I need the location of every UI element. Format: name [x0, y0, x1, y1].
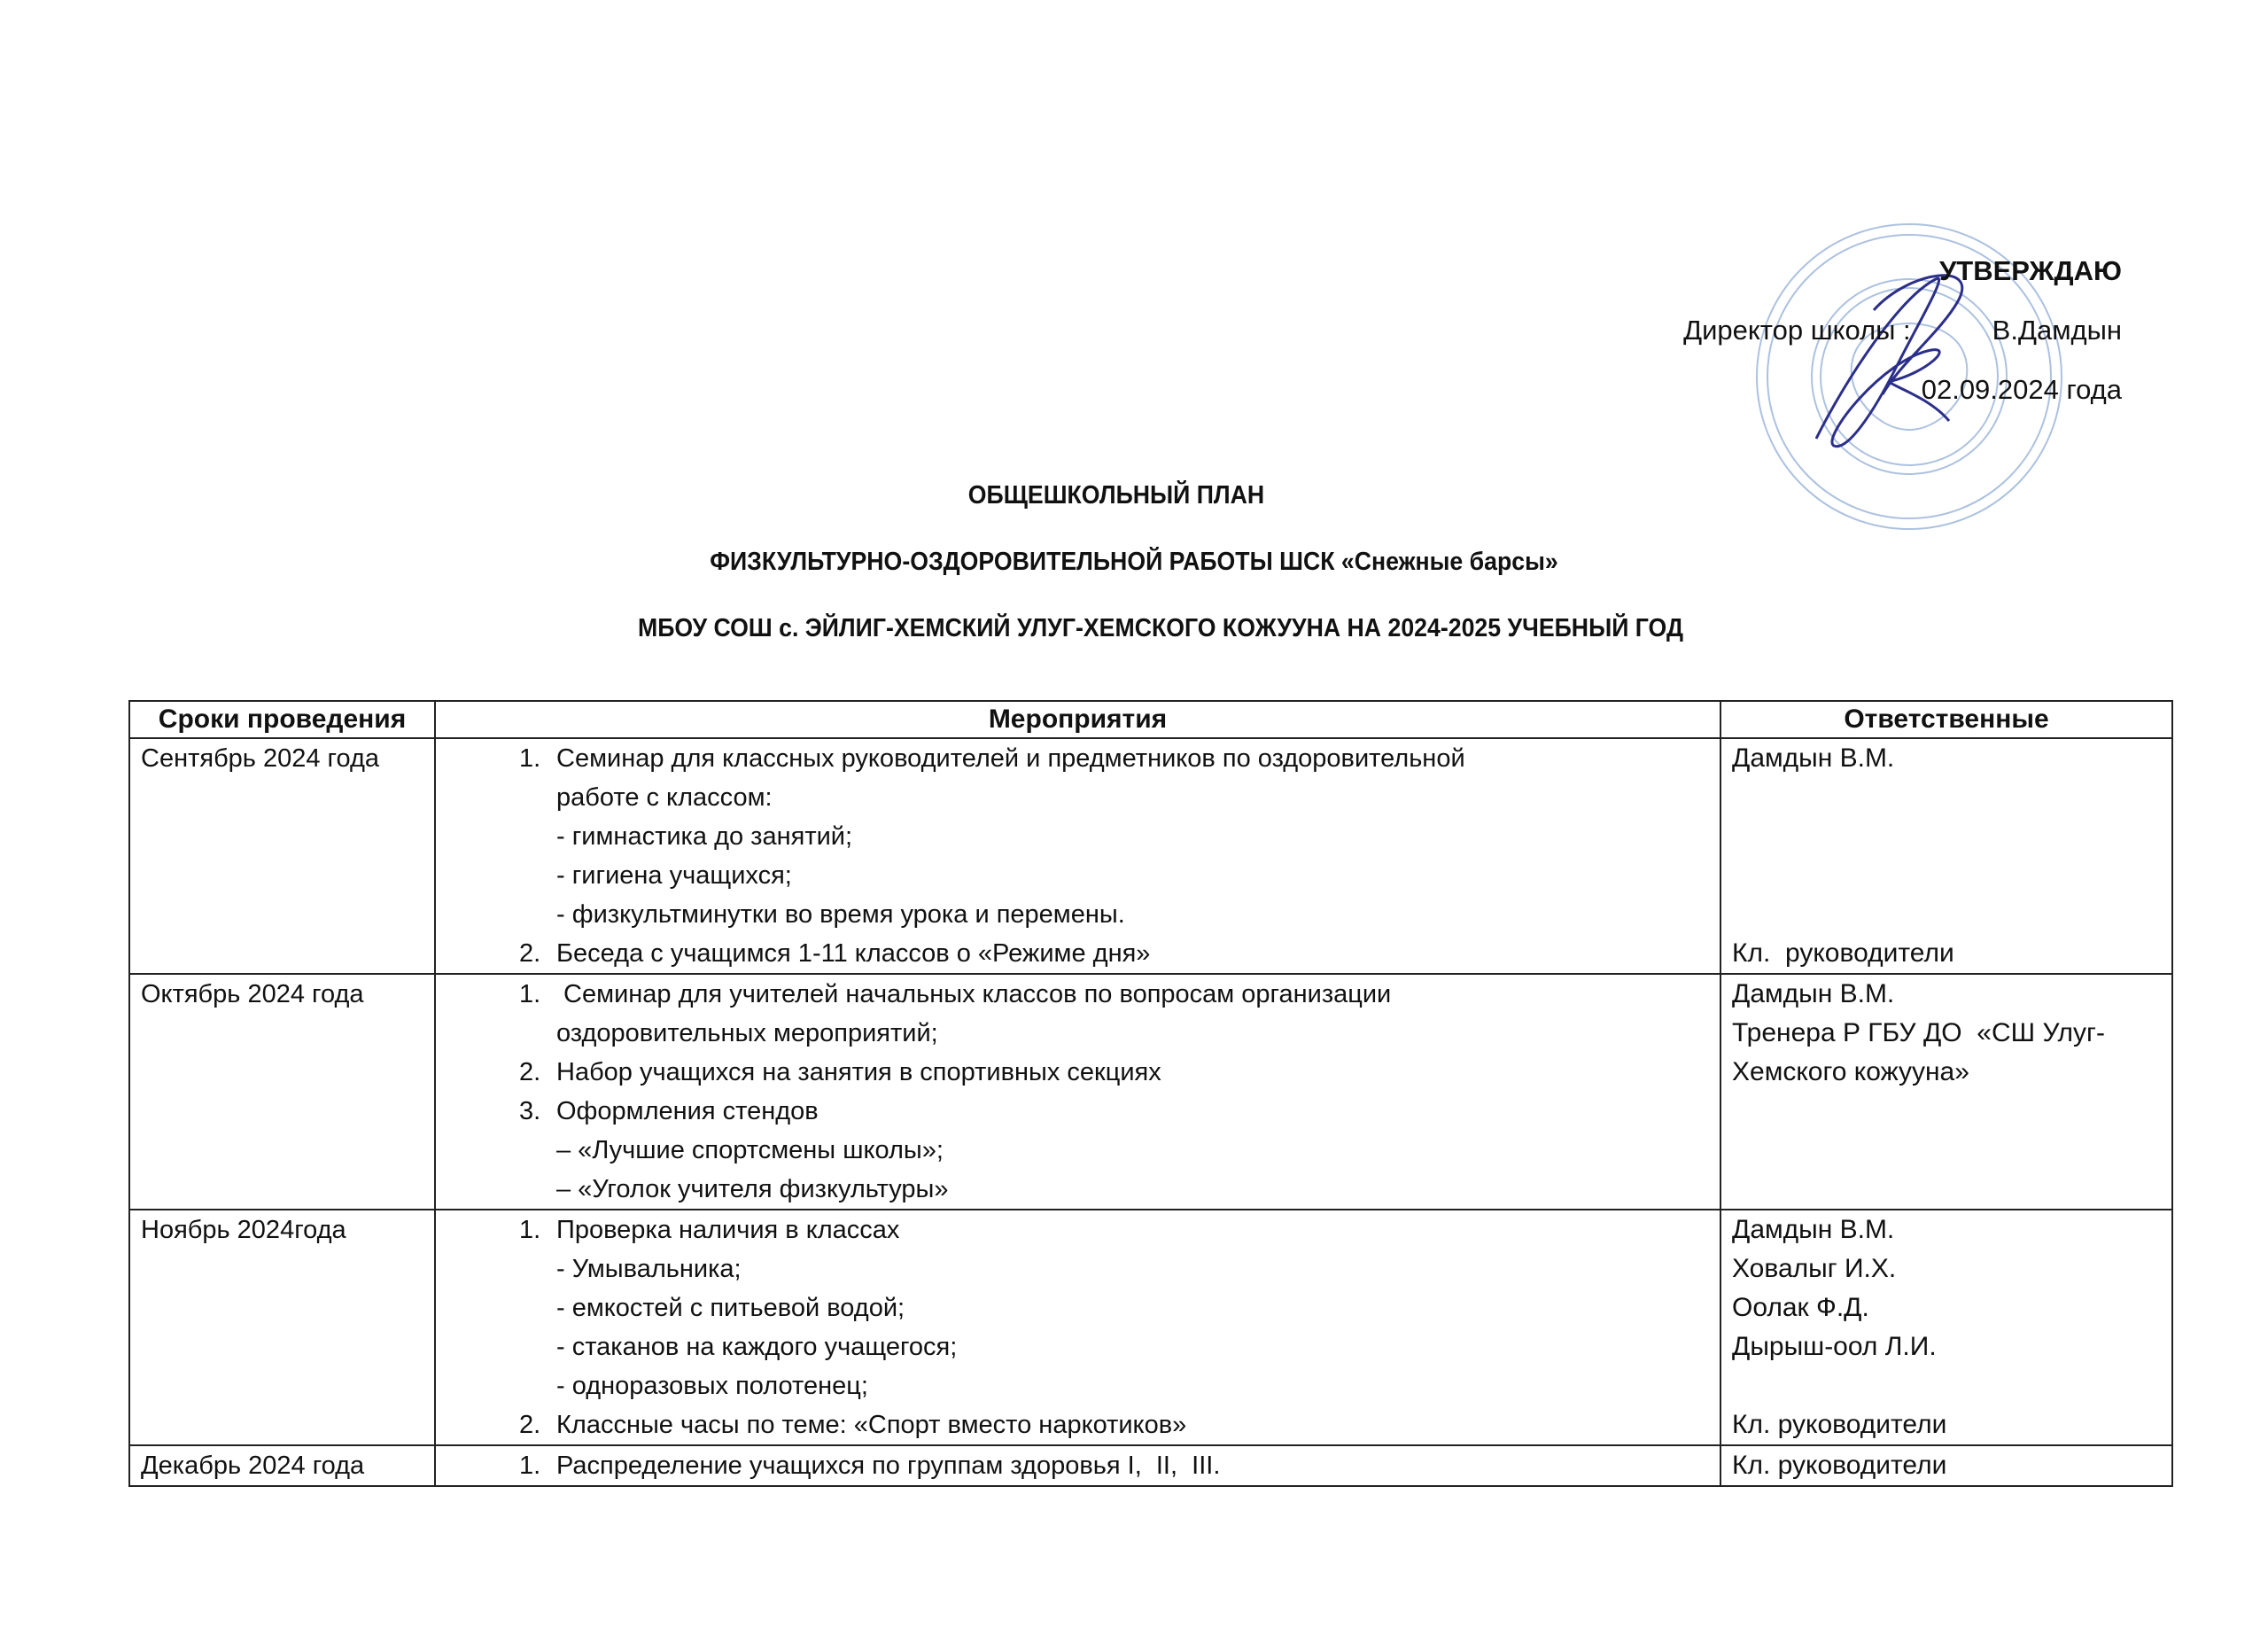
event-text: Классные часы по теме: «Спорт вместо нар… [556, 1405, 1709, 1444]
event-number: 2. [519, 1405, 540, 1444]
row-events: 1.Распределение учащихся по группам здор… [435, 1445, 1720, 1486]
event-number: 1. [519, 739, 540, 778]
approval-date: 02.09.2024 года [1683, 376, 2122, 403]
approval-title: УТВЕРЖДАЮ [1683, 257, 2122, 284]
responsible-person: Дамдын В.М. [1732, 739, 2161, 778]
event-number: 3. [519, 1092, 540, 1131]
responsible-person: Дырыш-оол Л.И. [1732, 1327, 2161, 1366]
row-events: 1.Проверка наличия в классах- Умывальник… [435, 1210, 1720, 1445]
responsible-person: Кл. руководители [1732, 934, 2161, 973]
event-item: 2.Классные часы по теме: «Спорт вместо н… [447, 1405, 1709, 1444]
row-responsible: Дамдын В.М.Тренера Р ГБУ ДО «СШ Улуг-Хем… [1720, 974, 2172, 1210]
event-text: Беседа с учащимся 1-11 классов о «Режиме… [556, 934, 1709, 973]
event-item: 1.Семинар для классных руководителей и п… [447, 739, 1709, 817]
header-events: Мероприятия [435, 701, 1720, 738]
event-subitem: - гимнастика до занятий; [447, 817, 1709, 856]
responsible-person: Дамдын В.М. [1732, 1210, 2161, 1249]
event-number: 1. [519, 1446, 540, 1485]
row-responsible: Дамдын В.М.Кл. руководители [1720, 738, 2172, 974]
event-item: 2.Беседа с учащимся 1-11 классов о «Режи… [447, 934, 1709, 973]
event-text-continued: работе с классом: [556, 778, 1709, 817]
event-number: 1. [519, 975, 540, 1014]
event-number: 2. [519, 1053, 540, 1092]
row-date: Сентябрь 2024 года [129, 738, 435, 974]
title-line-2: ФИЗКУЛЬТУРНО-ОЗДОРОВИТЕЛЬНОЙ РАБОТЫ ШСК … [90, 549, 2177, 575]
header-responsible: Ответственные [1720, 701, 2172, 738]
table-row: Ноябрь 2024года1.Проверка наличия в клас… [129, 1210, 2172, 1445]
row-events: 1.Семинар для классных руководителей и п… [435, 738, 1720, 974]
row-date: Декабрь 2024 года [129, 1445, 435, 1486]
title-line-1: ОБЩЕШКОЛЬНЫЙ ПЛАН [57, 483, 2176, 509]
event-subitem: - гигиена учащихся; [447, 856, 1709, 895]
table-row: Октябрь 2024 года1. Семинар для учителей… [129, 974, 2172, 1210]
event-text: Оформления стендов [556, 1092, 1709, 1131]
responsible-person: Кл. руководители [1732, 1405, 2161, 1444]
row-date: Октябрь 2024 года [129, 974, 435, 1210]
responsible-person [1732, 1366, 2161, 1405]
responsible-person [1732, 778, 2161, 817]
responsible-person: Дамдын В.М. [1732, 975, 2161, 1014]
event-number: 1. [519, 1210, 540, 1249]
event-text: Семинар для учителей начальных классов п… [556, 975, 1709, 1014]
event-subitem: – «Лучшие спортсмены школы»; [447, 1131, 1709, 1170]
table-row: Декабрь 2024 года1.Распределение учащихс… [129, 1445, 2172, 1486]
responsible-person [1732, 895, 2161, 934]
responsible-person: Оолак Ф.Д. [1732, 1288, 2161, 1327]
event-text: Проверка наличия в классах [556, 1210, 1709, 1249]
responsible-person: Тренера Р ГБУ ДО «СШ Улуг- [1732, 1014, 2161, 1053]
event-item: 1. Семинар для учителей начальных классо… [447, 975, 1709, 1053]
approval-block: УТВЕРЖДАЮ Директор школы :В.Дамдын 02.09… [1683, 257, 2122, 403]
responsible-person: Кл. руководители [1732, 1446, 2161, 1485]
event-subitem: - стаканов на каждого учащегося; [447, 1327, 1709, 1366]
event-subitem: – «Уголок учителя физкультуры» [447, 1170, 1709, 1209]
responsible-person [1732, 817, 2161, 856]
row-events: 1. Семинар для учителей начальных классо… [435, 974, 1720, 1210]
responsible-person: Ховалыг И.Х. [1732, 1249, 2161, 1288]
event-subitem: - емкостей с питьевой водой; [447, 1288, 1709, 1327]
event-number: 2. [519, 934, 540, 973]
responsible-person [1732, 856, 2161, 895]
event-subitem: - Умывальника; [447, 1249, 1709, 1288]
header-dates: Сроки проведения [129, 701, 435, 738]
responsible-person: Хемского кожууна» [1732, 1053, 2161, 1092]
plan-table: Сроки проведения Мероприятия Ответственн… [128, 700, 2173, 1487]
event-subitem: - одноразовых полотенец; [447, 1366, 1709, 1405]
event-subitem: - физкультминутки во время урока и перем… [447, 895, 1709, 934]
document-titles: ОБЩЕШКОЛЬНЫЙ ПЛАН ФИЗКУЛЬТУРНО-ОЗДОРОВИТ… [0, 483, 2268, 682]
event-text: Распределение учащихся по группам здоров… [556, 1446, 1709, 1485]
row-responsible: Дамдын В.М.Ховалыг И.Х.Оолак Ф.Д.Дырыш-о… [1720, 1210, 2172, 1445]
event-item: 2.Набор учащихся на занятия в спортивных… [447, 1053, 1709, 1092]
director-name: В.Дамдын [1992, 315, 2122, 346]
event-item: 1.Проверка наличия в классах [447, 1210, 1709, 1249]
event-text: Семинар для классных руководителей и пре… [556, 739, 1709, 778]
event-item: 3.Оформления стендов [447, 1092, 1709, 1131]
title-line-3: МБОУ СОШ с. ЭЙЛИГ-ХЕМСКИЙ УЛУГ-ХЕМСКОГО … [142, 616, 2179, 642]
director-line: Директор школы :В.Дамдын [1683, 316, 2122, 344]
row-date: Ноябрь 2024года [129, 1210, 435, 1445]
event-item: 1.Распределение учащихся по группам здор… [447, 1446, 1709, 1485]
event-text: Набор учащихся на занятия в спортивных с… [556, 1053, 1709, 1092]
event-text-continued: оздоровительных мероприятий; [556, 1014, 1709, 1053]
row-responsible: Кл. руководители [1720, 1445, 2172, 1486]
table-header-row: Сроки проведения Мероприятия Ответственн… [129, 701, 2172, 738]
table-row: Сентябрь 2024 года1.Семинар для классных… [129, 738, 2172, 974]
director-label: Директор школы : [1683, 315, 1911, 346]
